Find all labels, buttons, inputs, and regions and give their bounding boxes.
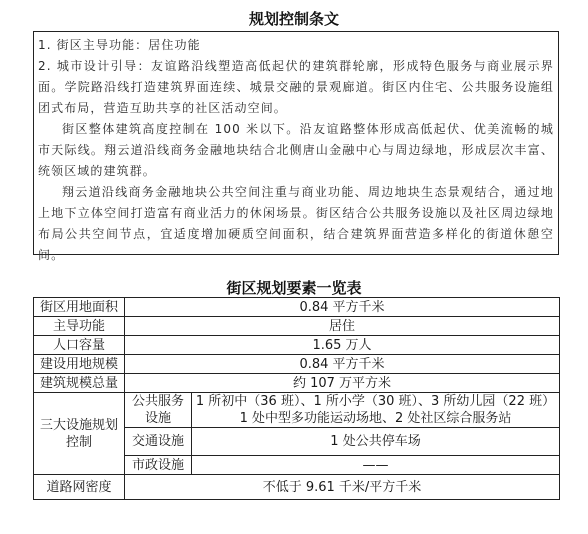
planning-elements-table: 街区用地面积 0.84 平方千米 主导功能 居住 人口容量 1.65 万人 建设… <box>33 297 560 500</box>
public-service-line-1: 1 所初中（36 班）、1 所小学（30 班）、3 所幼儿园（22 班） <box>194 393 557 410</box>
table-row-population: 人口容量 1.65 万人 <box>34 336 560 355</box>
clauses-box: 1. 街区主导功能：居住功能 2. 城市设计引导：友谊路沿线塑造高低起伏的建筑群… <box>33 31 559 255</box>
clauses-title: 规划控制条文 <box>0 8 588 29</box>
cell-value: —— <box>192 456 560 475</box>
cell-sublabel: 市政设施 <box>125 456 192 475</box>
table-row-public-service: 三大设施规划控制 公共服务设施 1 所初中（36 班）、1 所小学（30 班）、… <box>34 393 560 428</box>
cell-label: 建设用地规模 <box>34 355 125 374</box>
cell-value: 1 处公共停车场 <box>192 428 560 456</box>
cell-label-facilities: 三大设施规划控制 <box>34 393 125 475</box>
cell-value: 居住 <box>125 317 560 336</box>
clause-4: 翔云道沿线商务金融地块公共空间注重与商业功能、周边地块生态景观结合，通过地上地下… <box>38 182 554 266</box>
table-row-main-function: 主导功能 居住 <box>34 317 560 336</box>
cell-label: 主导功能 <box>34 317 125 336</box>
table-row-building-scale: 建筑规模总量 约 107 万平方米 <box>34 374 560 393</box>
cell-value: 1.65 万人 <box>125 336 560 355</box>
cell-label: 道路网密度 <box>34 475 125 500</box>
clauses-text: 1. 街区主导功能：居住功能 2. 城市设计引导：友谊路沿线塑造高低起伏的建筑群… <box>34 32 558 266</box>
table-row-road-density: 道路网密度 不低于 9.61 千米/平方千米 <box>34 475 560 500</box>
clause-1: 1. 街区主导功能：居住功能 <box>38 35 554 56</box>
public-service-line-2: 1 处中型多功能运动场地、2 处社区综合服务站 <box>194 410 557 427</box>
cell-label: 建筑规模总量 <box>34 374 125 393</box>
cell-value: 约 107 万平方米 <box>125 374 560 393</box>
clause-3: 街区整体建筑高度控制在 100 米以下。沿友谊路整体形成高低起伏、优美流畅的城市… <box>38 119 554 182</box>
cell-label: 街区用地面积 <box>34 298 125 317</box>
cell-sublabel: 公共服务设施 <box>125 393 192 428</box>
cell-value: 0.84 平方千米 <box>125 298 560 317</box>
cell-label: 人口容量 <box>34 336 125 355</box>
cell-value: 1 所初中（36 班）、1 所小学（30 班）、3 所幼儿园（22 班） 1 处… <box>192 393 560 428</box>
clause-2: 2. 城市设计引导：友谊路沿线塑造高低起伏的建筑群轮廓，形成特色服务与商业展示界… <box>38 56 554 119</box>
cell-value: 不低于 9.61 千米/平方千米 <box>125 475 560 500</box>
table-title: 街区规划要素一览表 <box>0 277 588 298</box>
table-row-construction-land: 建设用地规模 0.84 平方千米 <box>34 355 560 374</box>
cell-value: 0.84 平方千米 <box>125 355 560 374</box>
cell-sublabel: 交通设施 <box>125 428 192 456</box>
table-row-land-area: 街区用地面积 0.84 平方千米 <box>34 298 560 317</box>
